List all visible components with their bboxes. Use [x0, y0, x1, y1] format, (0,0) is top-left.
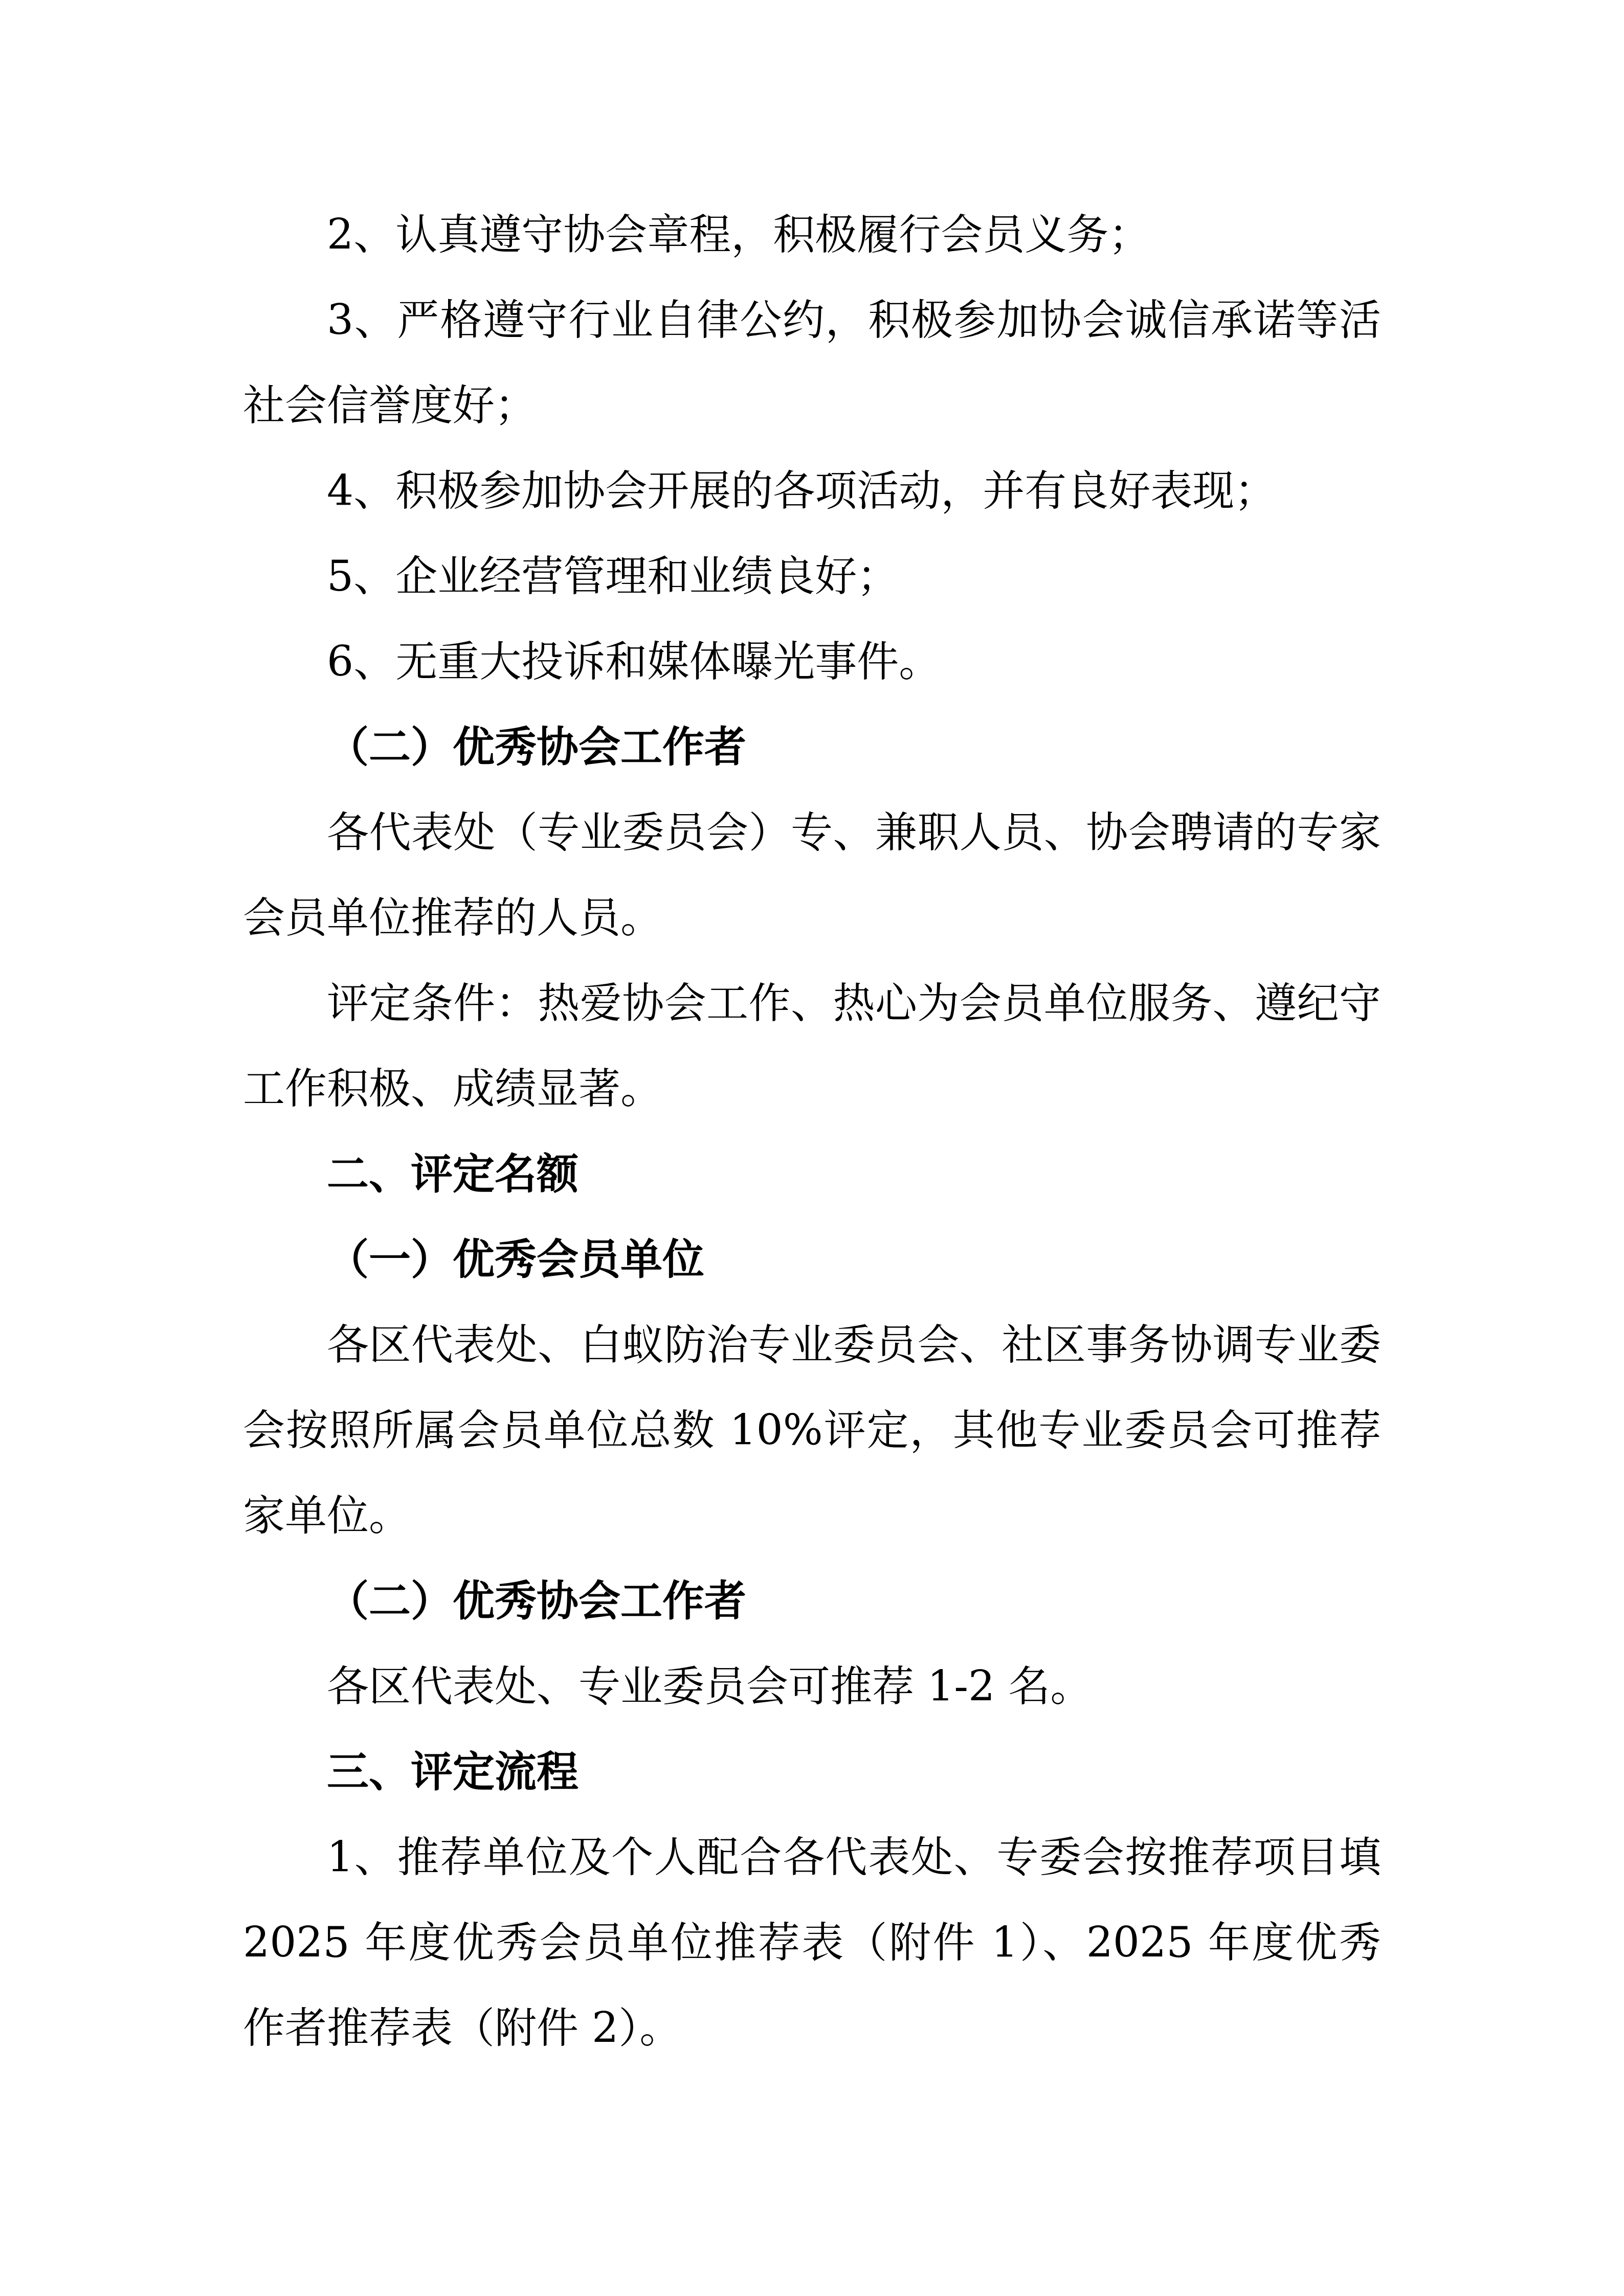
paragraph-line: 3、严格遵守行业自律公约，积极参加协会诚信承诺等活动，: [243, 278, 1381, 363]
paragraph-line: 各代表处（专业委员会）专、兼职人员、协会聘请的专家和: [243, 790, 1381, 875]
paragraph-line: （二）优秀协会工作者: [243, 1559, 1381, 1644]
paragraph-line: 评定条件：热爱协会工作、热心为会员单位服务、遵纪守法、: [243, 961, 1381, 1046]
paragraph-line: 会员单位推荐的人员。: [243, 875, 1381, 961]
document-page: 2、认真遵守协会章程，积极履行会员义务；3、严格遵守行业自律公约，积极参加协会诚…: [0, 0, 1624, 2296]
paragraph-line: 5、企业经营管理和业绩良好；: [243, 534, 1381, 619]
paragraph-line: 家单位。: [243, 1473, 1381, 1559]
paragraph-line: 二、评定名额: [243, 1132, 1381, 1217]
paragraph-line: 各区代表处、专业委员会可推荐 1-2 名。: [243, 1644, 1381, 1729]
paragraph-line: 三、评定流程: [243, 1729, 1381, 1815]
paragraph-line: 1、推荐单位及个人配合各代表处、专委会按推荐项目填写: [243, 1815, 1381, 1900]
paragraph-line: 社会信誉度好；: [243, 363, 1381, 448]
paragraph-line: 2025 年度优秀会员单位推荐表（附件 1）、2025 年度优秀协会工: [243, 1900, 1381, 1986]
document-body: 2、认真遵守协会章程，积极履行会员义务；3、严格遵守行业自律公约，积极参加协会诚…: [243, 192, 1381, 2071]
paragraph-line: （二）优秀协会工作者: [243, 705, 1381, 790]
paragraph-line: 工作积极、成绩显著。: [243, 1046, 1381, 1132]
paragraph-line: 2、认真遵守协会章程，积极履行会员义务；: [243, 192, 1381, 278]
paragraph-line: 各区代表处、白蚁防治专业委员会、社区事务协调专业委员: [243, 1302, 1381, 1388]
paragraph-line: 6、无重大投诉和媒体曝光事件。: [243, 619, 1381, 705]
paragraph-line: （一）优秀会员单位: [243, 1217, 1381, 1302]
paragraph-line: 作者推荐表（附件 2）。: [243, 1986, 1381, 2071]
paragraph-line: 4、积极参加协会开展的各项活动，并有良好表现；: [243, 448, 1381, 534]
paragraph-line: 会按照所属会员单位总数 10%评定，其他专业委员会可推荐 2-3: [243, 1388, 1381, 1473]
